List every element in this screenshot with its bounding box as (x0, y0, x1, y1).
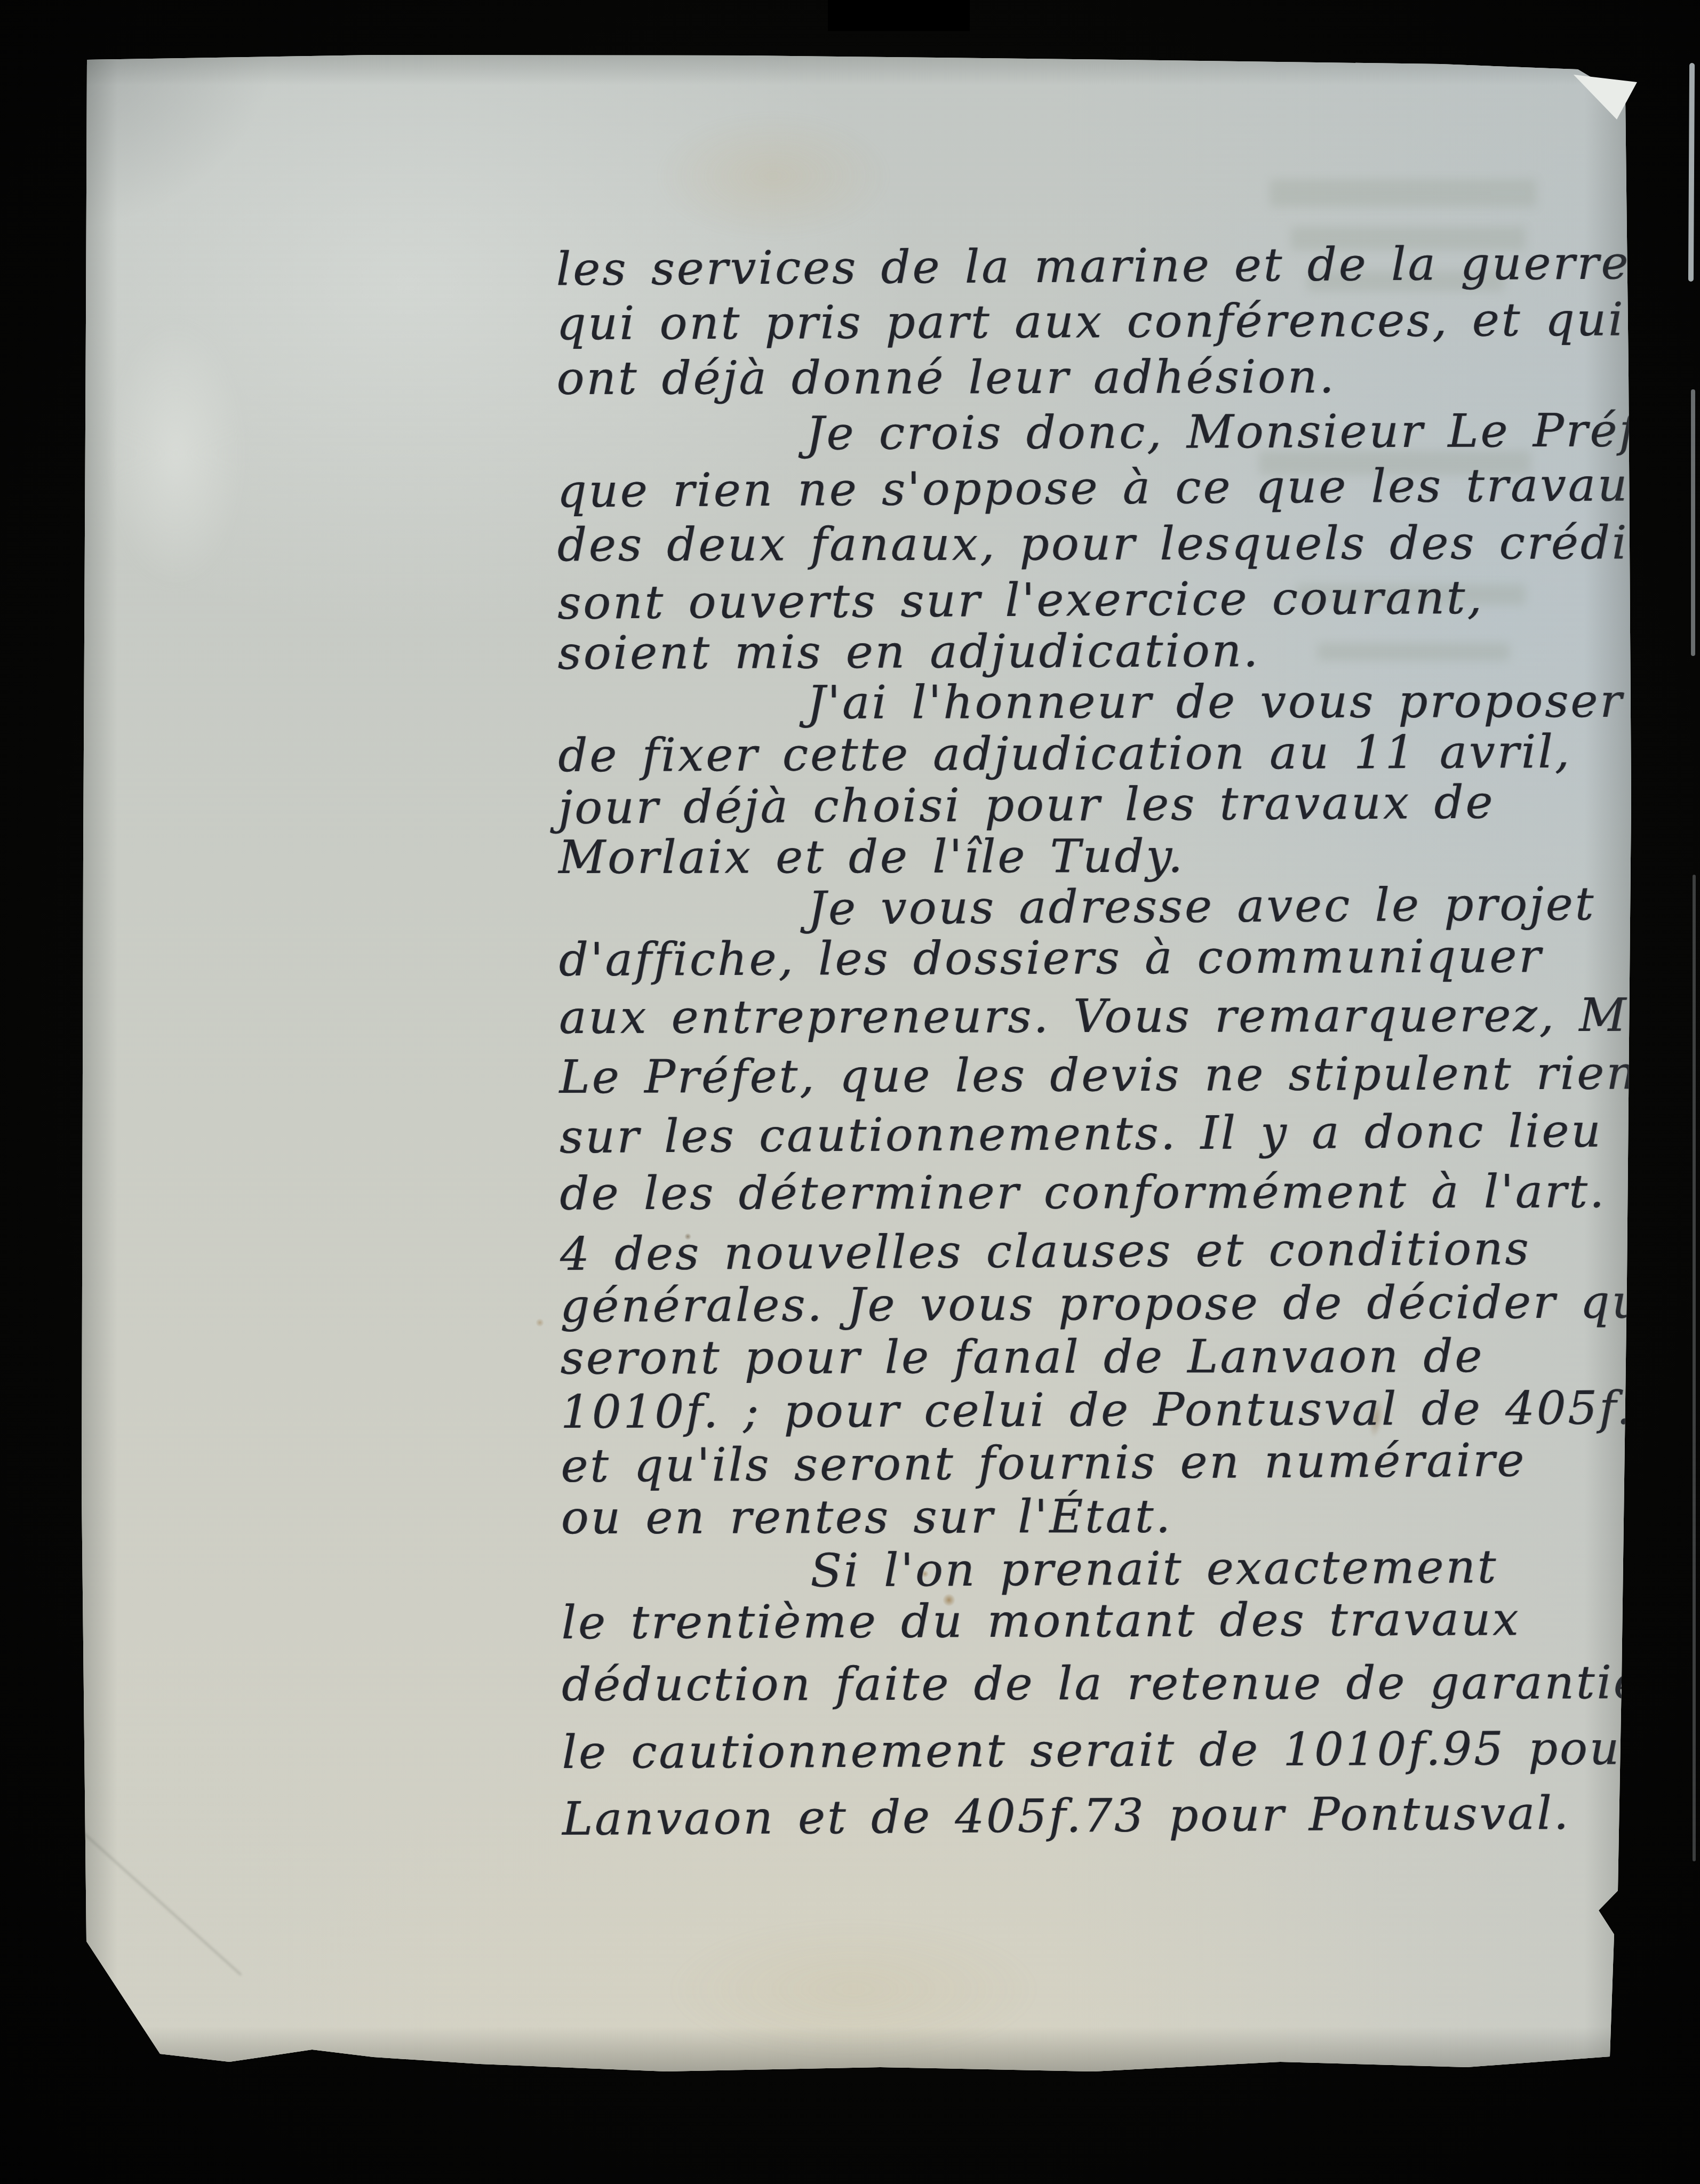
handwritten-line: de les déterminer conformément à l'art. (560, 1167, 1606, 1218)
handwritten-line: le trentième du montant des travaux (561, 1595, 1520, 1647)
handwritten-line: ont déjà donné leur adhésion. (556, 353, 1336, 403)
handwritten-line: générales. Je vous propose de décider qu… (560, 1278, 1700, 1331)
handwritten-line: Morlaix et de l'île Tudy. (558, 833, 1185, 882)
handwritten-line: 1010f. ; pour celui de Pontusval de 405f… (561, 1384, 1650, 1436)
underlying-sheet-edge (1691, 389, 1695, 656)
handwritten-line: sur les cautionnements. Il y a donc lieu (560, 1107, 1603, 1162)
handwritten-line: aux entrepreneurs. Vous remarquerez, Mon… (559, 991, 1700, 1042)
handwritten-line: de fixer cette adjudication au 11 avril, (558, 728, 1571, 780)
handwritten-line: sont ouverts sur l'exercice courant, (557, 574, 1484, 628)
handwritten-line: Lanvaon et de 405f.73 pour Pontusval. (562, 1789, 1571, 1844)
handwritten-line: Si l'on prenait exactement (810, 1543, 1498, 1595)
letter-page: les services de la marine et de la guerr… (0, 0, 1700, 2184)
handwritten-line: ou en rentes sur l'État. (561, 1493, 1172, 1542)
underlying-sheet-edge (1693, 875, 1696, 1861)
handwritten-line: que rien ne s'oppose à ce que les travau… (557, 461, 1657, 516)
handwritten-line: Je vous adresse avec le projet (808, 880, 1595, 933)
backdrop-notch (828, 0, 970, 31)
handwritten-line: le cautionnement serait de 1010f.95 pour (562, 1724, 1645, 1777)
underlying-sheet-edge (1688, 63, 1695, 282)
handwritten-line: des deux fanaux, pour lesquels des crédi… (557, 519, 1675, 570)
handwritten-line: Le Préfet, que les devis ne stipulent ri… (559, 1049, 1638, 1101)
handwritten-line: déduction faite de la retenue de garanti… (562, 1659, 1659, 1709)
handwritten-line: et qu'ils seront fournis en numéraire (561, 1436, 1526, 1490)
photo-background: les services de la marine et de la guerr… (0, 0, 1700, 2184)
handwritten-line: jour déjà choisi pour les travaux de (558, 779, 1495, 833)
handwritten-line: d'affiche, les dossiers à communiquer (558, 932, 1543, 984)
handwritten-line: J'ai l'honneur de vous proposer (807, 677, 1624, 727)
handwritten-line: les services de la marine et de la guerr… (556, 239, 1630, 293)
handwritten-line: soient mis en adjudication. (557, 627, 1260, 677)
handwritten-line: seront pour le fanal de Lanvaon de (560, 1332, 1484, 1382)
handwritten-line: Je crois donc, Monsieur Le Préfet, (806, 406, 1700, 458)
handwritten-line: qui ont pris part aux conférences, et qu… (556, 295, 1625, 348)
handwritten-text-layer: les services de la marine et de la guerr… (0, 0, 1700, 2184)
handwritten-line: 4 des nouvelles clauses et conditions (560, 1225, 1530, 1278)
